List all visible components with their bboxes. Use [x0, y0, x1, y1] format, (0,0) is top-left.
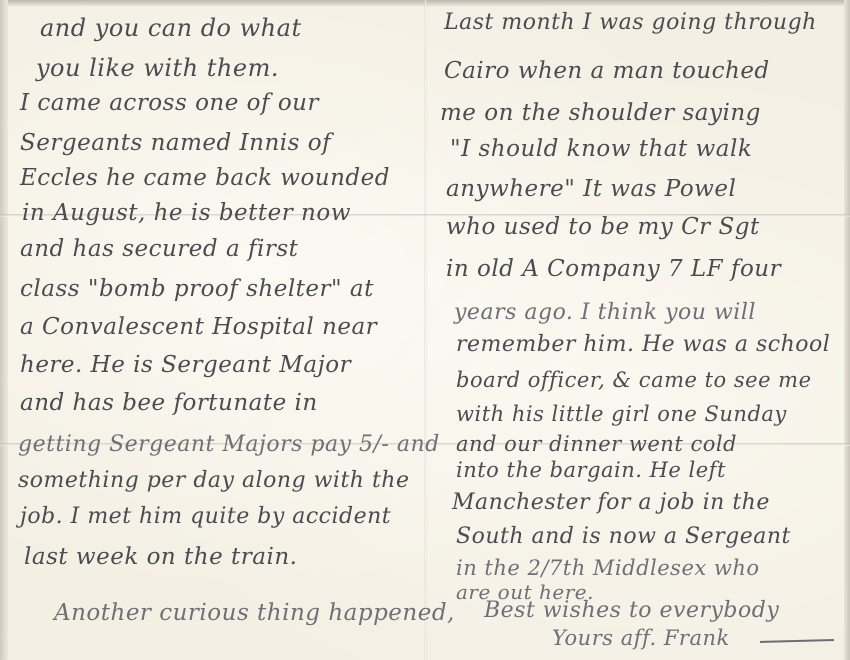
vertical-fold-crease	[424, 0, 427, 660]
letter-line: in August, he is better now	[22, 200, 351, 226]
right-page: Last month I was going through Cairo whe…	[440, 0, 840, 660]
letter-line: and has bee fortunate in	[20, 390, 318, 416]
letter-line: Manchester for a job in the	[452, 490, 770, 515]
letter-line: Eccles he came back wounded	[20, 165, 390, 191]
letter-line: and you can do what	[40, 14, 302, 42]
letter-line: into the bargain. He left	[456, 458, 726, 482]
letter-line: and has secured a first	[20, 236, 298, 262]
letter-line: in old A Company 7 LF four	[446, 256, 781, 282]
letter-line: and our dinner went cold	[456, 432, 737, 456]
letter-line: job. I met him quite by accident	[20, 504, 391, 529]
left-page: and you can do what you like with them. …	[14, 0, 424, 660]
letter-line: a Convalescent Hospital near	[20, 314, 377, 340]
letter-line: here. He is Sergeant Major	[20, 352, 351, 378]
letter-line: board officer, & came to see me	[456, 368, 812, 392]
signature: Yours aff. Frank	[552, 626, 730, 650]
letter-line: me on the shoulder saying	[440, 100, 761, 126]
letter-line: South and is now a Sergeant	[456, 524, 791, 549]
letter-line: class "bomb proof shelter" at	[20, 276, 374, 302]
letter-line: remember him. He was a school	[456, 332, 830, 357]
letter-line: "I should know that walk	[450, 136, 752, 162]
letter-sheet: and you can do what you like with them. …	[0, 0, 850, 660]
letter-line: you like with them.	[36, 54, 279, 82]
letter-line: in the 2/7th Middlesex who	[456, 556, 760, 580]
letter-line: anywhere" It was Powel	[446, 176, 736, 202]
signature-flourish	[760, 639, 834, 643]
letter-line: Sergeants named Innis of	[20, 130, 331, 156]
paper-right-edge	[844, 0, 850, 660]
paper-left-edge	[0, 0, 8, 660]
letter-line: I came across one of our	[20, 90, 319, 116]
letter-line: Last month I was going through	[444, 10, 817, 35]
letter-line: Another curious thing happened,	[54, 600, 455, 626]
letter-line: getting Sergeant Majors pay 5/- and	[18, 432, 440, 457]
closing-line: Best wishes to everybody	[484, 598, 779, 623]
letter-line: last week on the train.	[24, 544, 297, 570]
letter-line: Cairo when a man touched	[444, 58, 770, 84]
letter-line: years ago. I think you will	[454, 300, 756, 325]
letter-line: with his little girl one Sunday	[456, 402, 787, 426]
letter-line: something per day along with the	[18, 468, 409, 493]
letter-line: who used to be my Cr Sgt	[446, 214, 760, 240]
